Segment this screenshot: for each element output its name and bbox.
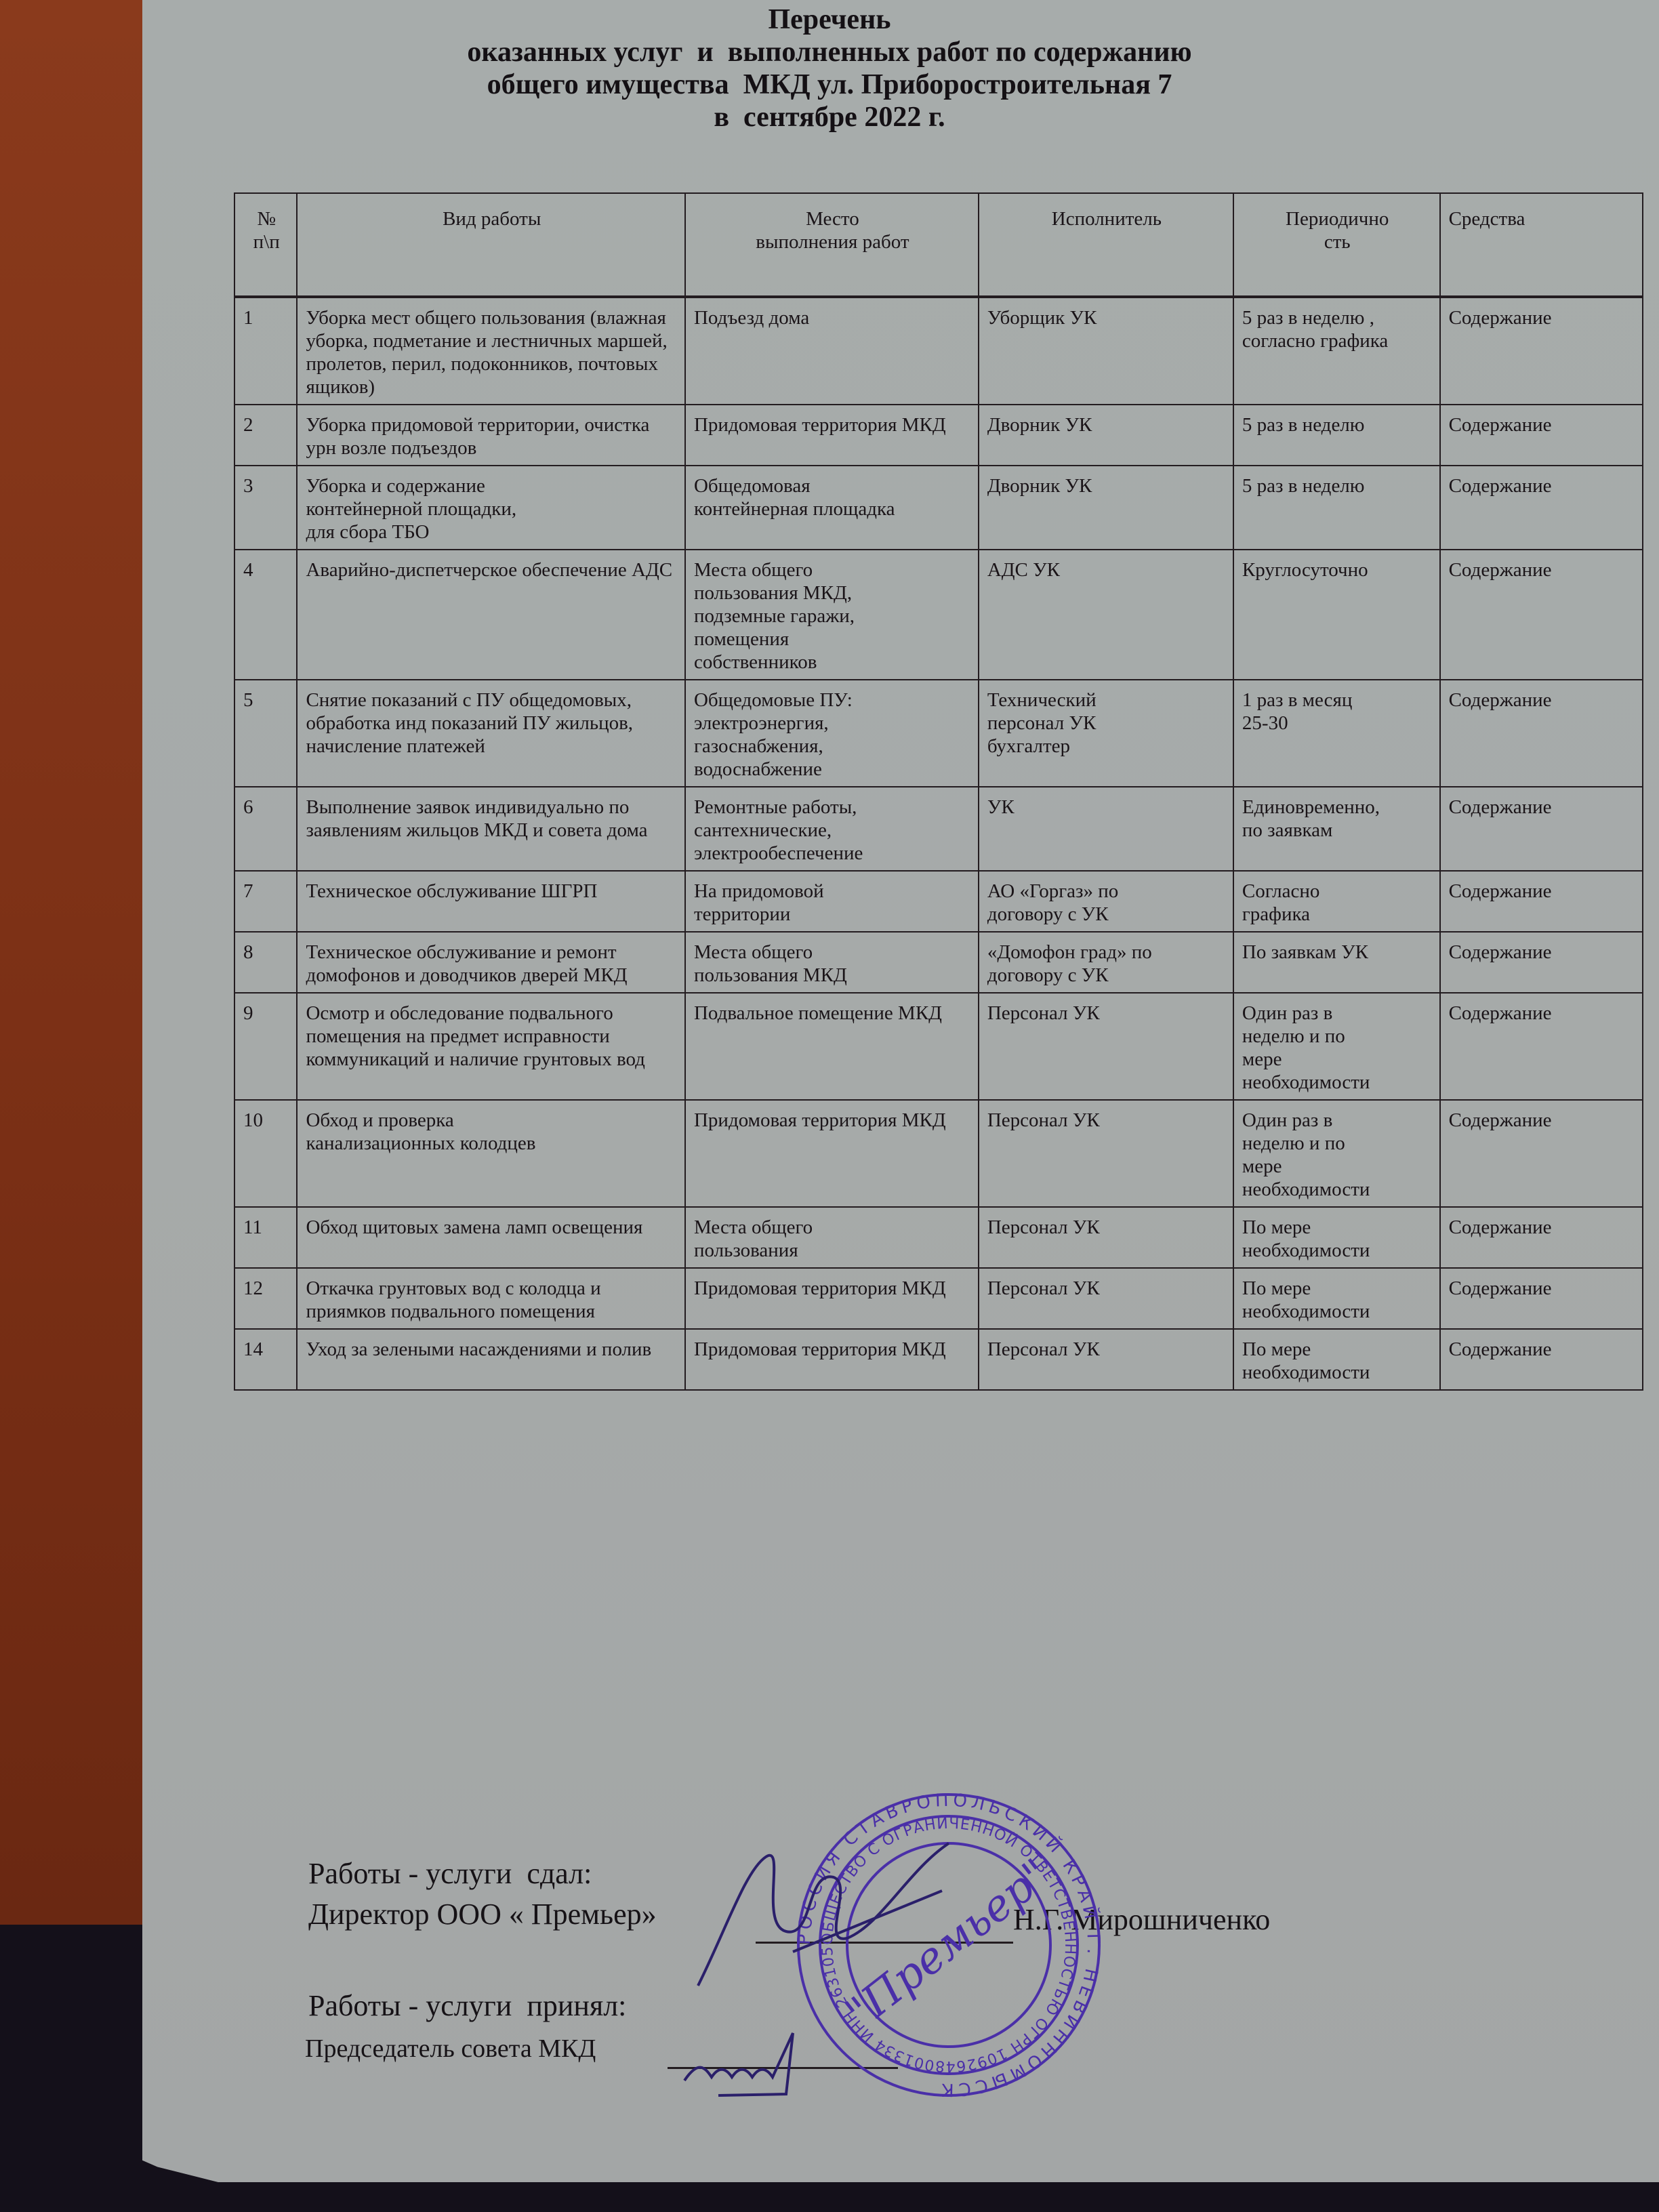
- cell-executor: Технический персонал УК бухгалтер: [979, 680, 1233, 787]
- cell-num: 8: [234, 932, 297, 993]
- cell-place: Придомовая территория МКД: [685, 1329, 979, 1390]
- cell-period: Один раз в неделю и по мере необходимост…: [1233, 993, 1440, 1100]
- cell-period: Единовременно, по заявкам: [1233, 787, 1440, 871]
- cell-period: 5 раз в неделю: [1233, 405, 1440, 466]
- cell-num: 2: [234, 405, 297, 466]
- cell-place: Придомовая территория МКД: [685, 405, 979, 466]
- cell-executor: Персонал УК: [979, 1207, 1233, 1268]
- cell-num: 14: [234, 1329, 297, 1390]
- cell-source: Содержание: [1440, 1207, 1643, 1268]
- cell-executor: Персонал УК: [979, 1329, 1233, 1390]
- table-row: 10Обход и проверка канализационных колод…: [234, 1100, 1643, 1207]
- cell-place: Подвальное помещение МКД: [685, 993, 979, 1100]
- cell-source: Содержание: [1440, 550, 1643, 680]
- cell-executor: АДС УК: [979, 550, 1233, 680]
- table-row: 8Техническое обслуживание и ремонт домоф…: [234, 932, 1643, 993]
- cell-num: 9: [234, 993, 297, 1100]
- cell-place: Места общего пользования: [685, 1207, 979, 1268]
- cell-num: 12: [234, 1268, 297, 1329]
- table-row: 2Уборка придомовой территории, очистка у…: [234, 405, 1643, 466]
- header-period: Периодично сть: [1233, 193, 1440, 297]
- cell-period: 5 раз в неделю: [1233, 466, 1440, 550]
- cell-executor: «Домофон град» по договору с УК: [979, 932, 1233, 993]
- cell-place: Места общего пользования МКД, подземные …: [685, 550, 979, 680]
- cell-period: Согласно графика: [1233, 871, 1440, 932]
- chairman-signature: [678, 2020, 854, 2101]
- cell-executor: Дворник УК: [979, 466, 1233, 550]
- cell-period: 5 раз в неделю , согласно графика: [1233, 297, 1440, 405]
- cell-source: Содержание: [1440, 680, 1643, 787]
- cell-num: 4: [234, 550, 297, 680]
- cell-executor: УК: [979, 787, 1233, 871]
- cell-period: 1 раз в месяц 25-30: [1233, 680, 1440, 787]
- cell-source: Содержание: [1440, 993, 1643, 1100]
- cell-source: Содержание: [1440, 871, 1643, 932]
- cell-work: Уборка мест общего пользования (влажная …: [297, 297, 685, 405]
- cell-num: 6: [234, 787, 297, 871]
- cell-num: 1: [234, 297, 297, 405]
- cell-executor: Персонал УК: [979, 1100, 1233, 1207]
- title-line-1: Перечень: [0, 3, 1659, 36]
- cell-source: Содержание: [1440, 297, 1643, 405]
- director-signature: [684, 1830, 969, 2006]
- cell-place: Места общего пользования МКД: [685, 932, 979, 993]
- cell-work: Уборка и содержание контейнерной площадк…: [297, 466, 685, 550]
- cell-work: Выполнение заявок индивидуально по заявл…: [297, 787, 685, 871]
- cell-place: Придомовая территория МКД: [685, 1100, 979, 1207]
- table-row: 6Выполнение заявок индивидуально по заяв…: [234, 787, 1643, 871]
- cell-num: 3: [234, 466, 297, 550]
- table-row: 5Снятие показаний с ПУ общедомовых, обра…: [234, 680, 1643, 787]
- cell-period: Круглосуточно: [1233, 550, 1440, 680]
- cell-place: Общедомовая контейнерная площадка: [685, 466, 979, 550]
- cell-source: Содержание: [1440, 1268, 1643, 1329]
- cell-period: По мере необходимости: [1233, 1329, 1440, 1390]
- title-line-4: в сентябре 2022 г.: [0, 101, 1659, 134]
- cell-work: Осмотр и обследование подвального помеще…: [297, 993, 685, 1100]
- header-source: Средства: [1440, 193, 1643, 297]
- cell-work: Обход щитовых замена ламп освещения: [297, 1207, 685, 1268]
- cell-place: Подъезд дома: [685, 297, 979, 405]
- cell-executor: Дворник УК: [979, 405, 1233, 466]
- cell-work: Уборка придомовой территории, очистка ур…: [297, 405, 685, 466]
- table-row: 1Уборка мест общего пользования (влажная…: [234, 297, 1643, 405]
- cell-period: По мере необходимости: [1233, 1268, 1440, 1329]
- header-num: № п\п: [234, 193, 297, 297]
- header-place: Место выполнения работ: [685, 193, 979, 297]
- handed-over-label: Работы - услуги сдал:: [308, 1857, 592, 1891]
- cell-executor: АО «Горгаз» по договору с УК: [979, 871, 1233, 932]
- cell-place: На придомовой территории: [685, 871, 979, 932]
- cell-source: Содержание: [1440, 787, 1643, 871]
- cell-executor: Уборщик УК: [979, 297, 1233, 405]
- cell-place: Ремонтные работы, сантехнические, электр…: [685, 787, 979, 871]
- cell-period: По заявкам УК: [1233, 932, 1440, 993]
- cell-work: Обход и проверка канализационных колодце…: [297, 1100, 685, 1207]
- header-executor: Исполнитель: [979, 193, 1233, 297]
- cell-num: 7: [234, 871, 297, 932]
- cell-num: 11: [234, 1207, 297, 1268]
- cell-source: Содержание: [1440, 1329, 1643, 1390]
- cell-period: По мере необходимости: [1233, 1207, 1440, 1268]
- title-line-3: общего имущества МКД ул. Приборостроител…: [0, 68, 1659, 101]
- cell-place: Общедомовые ПУ: электроэнергия, газоснаб…: [685, 680, 979, 787]
- cell-work: Снятие показаний с ПУ общедомовых, обраб…: [297, 680, 685, 787]
- desk-background: [0, 0, 163, 1925]
- table-row: 9Осмотр и обследование подвального помещ…: [234, 993, 1643, 1100]
- table-row: 4Аварийно-диспетчерское обеспечение АДСМ…: [234, 550, 1643, 680]
- table-row: 3Уборка и содержание контейнерной площад…: [234, 466, 1643, 550]
- cell-source: Содержание: [1440, 932, 1643, 993]
- cell-work: Техническое обслуживание ШГРП: [297, 871, 685, 932]
- cell-period: Один раз в неделю и по мере необходимост…: [1233, 1100, 1440, 1207]
- cell-work: Откачка грунтовых вод с колодца и приямк…: [297, 1268, 685, 1329]
- cell-work: Техническое обслуживание и ремонт домофо…: [297, 932, 685, 993]
- cell-num: 5: [234, 680, 297, 787]
- title-line-2: оказанных услуг и выполненных работ по с…: [0, 36, 1659, 68]
- cell-source: Содержание: [1440, 1100, 1643, 1207]
- cell-work: Аварийно-диспетчерское обеспечение АДС: [297, 550, 685, 680]
- works-table: № п\п Вид работы Место выполнения работ …: [234, 192, 1643, 1391]
- table-row: 11Обход щитовых замена ламп освещенияМес…: [234, 1207, 1643, 1268]
- table-row: 12Откачка грунтовых вод с колодца и прия…: [234, 1268, 1643, 1329]
- cell-executor: Персонал УК: [979, 1268, 1233, 1329]
- header-work: Вид работы: [297, 193, 685, 297]
- table-row: 7Техническое обслуживание ШГРПНа придомо…: [234, 871, 1643, 932]
- chairman-label: Председатель совета МКД: [305, 2032, 596, 2066]
- cell-num: 10: [234, 1100, 297, 1207]
- document-title: Перечень оказанных услуг и выполненных р…: [0, 3, 1659, 134]
- cell-work: Уход за зелеными насаждениями и полив: [297, 1329, 685, 1390]
- cell-source: Содержание: [1440, 405, 1643, 466]
- table-header-row: № п\п Вид работы Место выполнения работ …: [234, 193, 1643, 297]
- accepted-label: Работы - услуги принял:: [308, 1989, 626, 2023]
- table-row: 14Уход за зелеными насаждениями и поливП…: [234, 1329, 1643, 1390]
- cell-source: Содержание: [1440, 466, 1643, 550]
- cell-executor: Персонал УК: [979, 993, 1233, 1100]
- cell-place: Придомовая территория МКД: [685, 1268, 979, 1329]
- director-label: Директор ООО « Премьер»: [308, 1898, 657, 1931]
